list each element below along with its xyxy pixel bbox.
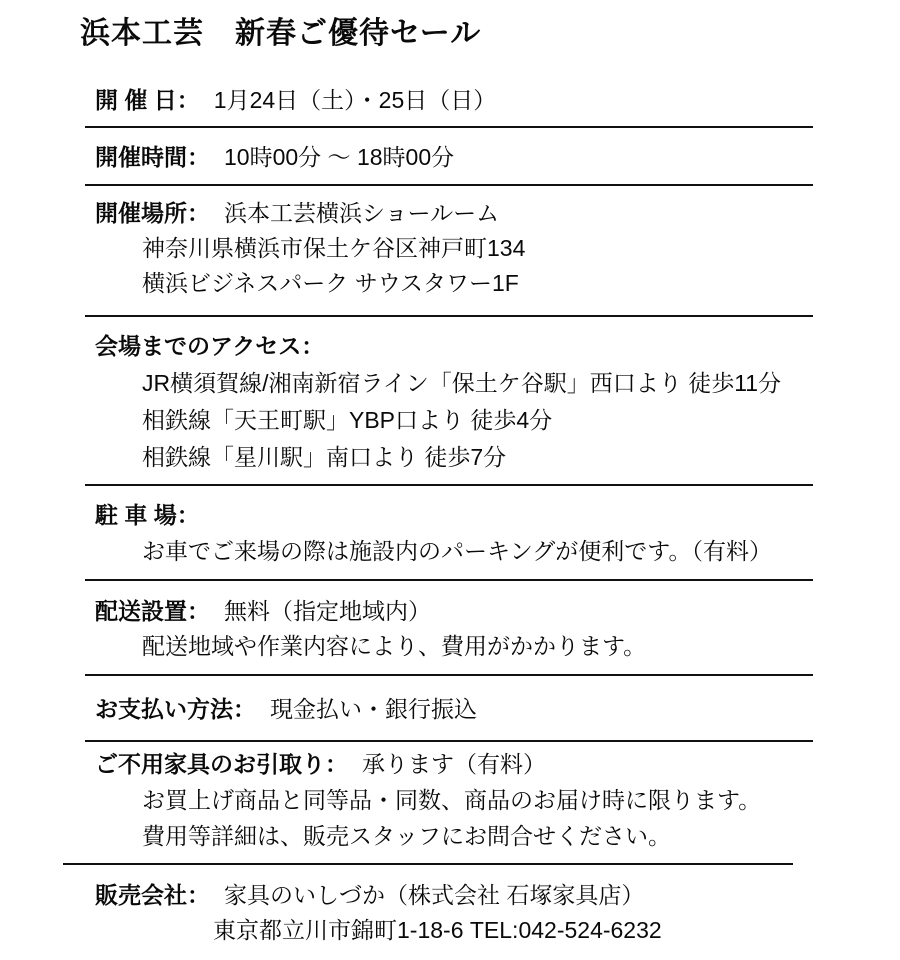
access-route-sotetsu-tennocho: 相鉄線「天王町駅」YBP口より 徒歩4分 [0, 402, 900, 439]
section-delivery: 配送設置： 無料（指定地域内） 配送地域や作業内容により、費用がかかります。 [0, 581, 900, 674]
pickup-label: ご不用家具のお引取り： [95, 746, 348, 782]
parking-row: 駐 車 場： [0, 497, 900, 533]
seller-value: 家具のいしづか（株式会社 石塚家具店） [224, 878, 644, 913]
venue-address-line: 神奈川県横浜市保土ケ谷区神戸町134 [0, 231, 900, 266]
seller-row: 販売会社： 家具のいしづか（株式会社 石塚家具店） [0, 878, 900, 913]
pickup-condition-line: お買上げ商品と同等品・同数、商品のお届け時に限ります。 [0, 782, 900, 818]
section-date: 開 催 日： 1月24日（土）・25日（日） [0, 54, 900, 126]
section-time: 開催時間： 10時00分 ～ 18時00分 [0, 128, 900, 184]
time-label: 開催時間： [95, 141, 210, 173]
time-row: 開催時間： 10時00分 ～ 18時00分 [0, 141, 900, 173]
pickup-value: 承ります（有料） [362, 746, 546, 782]
page-title: 浜本工芸 新春ご優待セール [0, 0, 900, 54]
section-parking: 駐 車 場： お車でご来場の際は施設内のパーキングが便利です。（有料） [0, 486, 900, 579]
venue-building-line: 横浜ビジネスパーク サウスタワー1F [0, 266, 900, 301]
date-label: 開 催 日： [95, 84, 200, 116]
seller-label: 販売会社： [95, 878, 210, 913]
access-label: 会場までのアクセス： [95, 328, 324, 365]
venue-label: 開催場所： [95, 196, 210, 231]
parking-note-line: お車でご来場の際は施設内のパーキングが便利です。（有料） [0, 533, 900, 569]
date-row: 開 催 日： 1月24日（土）・25日（日） [0, 84, 900, 116]
date-value: 1月24日（土）・25日（日） [214, 84, 496, 116]
access-route-jr: JR横須賀線/湘南新宿ライン「保土ケ谷駅」西口より 徒歩11分 [0, 365, 900, 402]
delivery-row: 配送設置： 無料（指定地域内） [0, 594, 900, 629]
parking-label: 駐 車 場： [95, 497, 200, 533]
delivery-label: 配送設置： [95, 594, 210, 629]
payment-label: お支払い方法： [95, 693, 256, 725]
pickup-contact-line: 費用等詳細は、販売スタッフにお問合せください。 [0, 818, 900, 854]
section-payment: お支払い方法： 現金払い・銀行振込 [0, 676, 900, 740]
delivery-note-line: 配送地域や作業内容により、費用がかかります。 [0, 629, 900, 664]
venue-row: 開催場所： 浜本工芸横浜ショールーム [0, 196, 900, 231]
delivery-value: 無料（指定地域内） [224, 594, 431, 629]
section-seller: 販売会社： 家具のいしづか（株式会社 石塚家具店） 東京都立川市錦町1-18-6… [0, 865, 900, 958]
section-venue: 開催場所： 浜本工芸横浜ショールーム 神奈川県横浜市保土ケ谷区神戸町134 横浜… [0, 186, 900, 315]
access-route-sotetsu-hoshikawa: 相鉄線「星川駅」南口より 徒歩7分 [0, 439, 900, 476]
seller-address-line: 東京都立川市錦町1-18-6 TEL:042-524-6232 [0, 913, 900, 948]
payment-value: 現金払い・銀行振込 [270, 693, 477, 725]
venue-value: 浜本工芸横浜ショールーム [224, 196, 499, 231]
section-furniture-pickup: ご不用家具のお引取り： 承ります（有料） お買上げ商品と同等品・同数、商品のお届… [0, 742, 900, 863]
section-access: 会場までのアクセス： JR横須賀線/湘南新宿ライン「保土ケ谷駅」西口より 徒歩1… [0, 317, 900, 484]
access-row: 会場までのアクセス： [0, 328, 900, 365]
time-value: 10時00分 ～ 18時00分 [224, 141, 454, 173]
document-page: 浜本工芸 新春ご優待セール 開 催 日： 1月24日（土）・25日（日） 開催時… [0, 0, 900, 960]
pickup-row: ご不用家具のお引取り： 承ります（有料） [0, 746, 900, 782]
payment-row: お支払い方法： 現金払い・銀行振込 [0, 693, 900, 725]
